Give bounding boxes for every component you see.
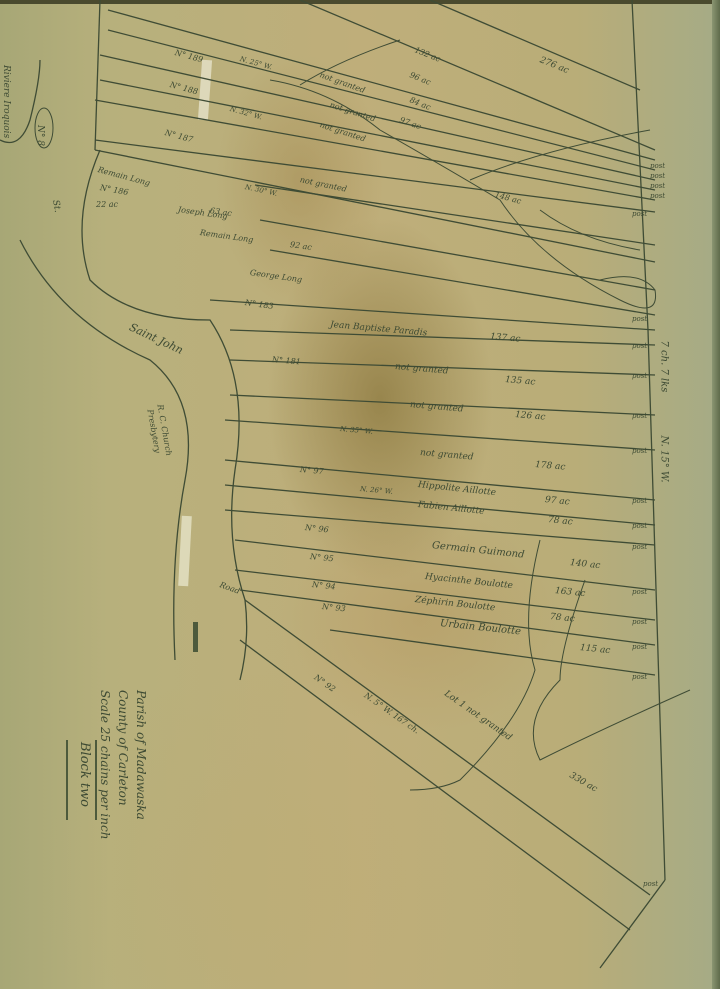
post-label: post	[650, 192, 665, 200]
post-label: post	[632, 588, 647, 596]
post-label: post	[632, 543, 647, 551]
block-underline-right	[95, 740, 97, 820]
block-label: Block two	[77, 742, 92, 807]
parish-name: Parish of Madawaska	[132, 690, 150, 839]
east-line-distance: 7 ch. 7 lks	[659, 341, 670, 393]
post-label: post	[632, 618, 647, 626]
post-label: post	[650, 162, 665, 170]
south-tail-line	[600, 880, 665, 968]
post-label: post	[632, 315, 647, 323]
river-abbrev-label: St.	[50, 199, 62, 213]
map-scale: Scale 25 chains per inch	[96, 690, 114, 839]
island-lot-label: N° 8	[35, 125, 45, 146]
county-name: County of Carleton	[114, 690, 132, 839]
post-label: post	[632, 673, 647, 681]
block-underline-left	[66, 740, 68, 820]
title-block: Parish of Madawaska County of Carleton S…	[96, 690, 150, 839]
post-label: post	[632, 522, 647, 530]
post-label: post	[632, 210, 647, 218]
map-marker	[193, 622, 198, 652]
post-label: post	[643, 880, 658, 888]
post-label: post	[632, 497, 647, 505]
post-label: post	[632, 342, 647, 350]
river-iroquois-label: Riviere Iroquois	[1, 65, 11, 138]
post-label: post	[632, 372, 647, 380]
post-label: post	[632, 643, 647, 651]
post-label: post	[650, 172, 665, 180]
survey-map-sheet: post post post post post post post post …	[0, 0, 720, 989]
survey-linework	[0, 0, 720, 989]
lot-area: 22 ac	[96, 200, 118, 209]
post-label: post	[650, 182, 665, 190]
east-line-bearing: N. 15° W.	[659, 436, 670, 483]
post-label: post	[632, 412, 647, 420]
post-label: post	[632, 447, 647, 455]
